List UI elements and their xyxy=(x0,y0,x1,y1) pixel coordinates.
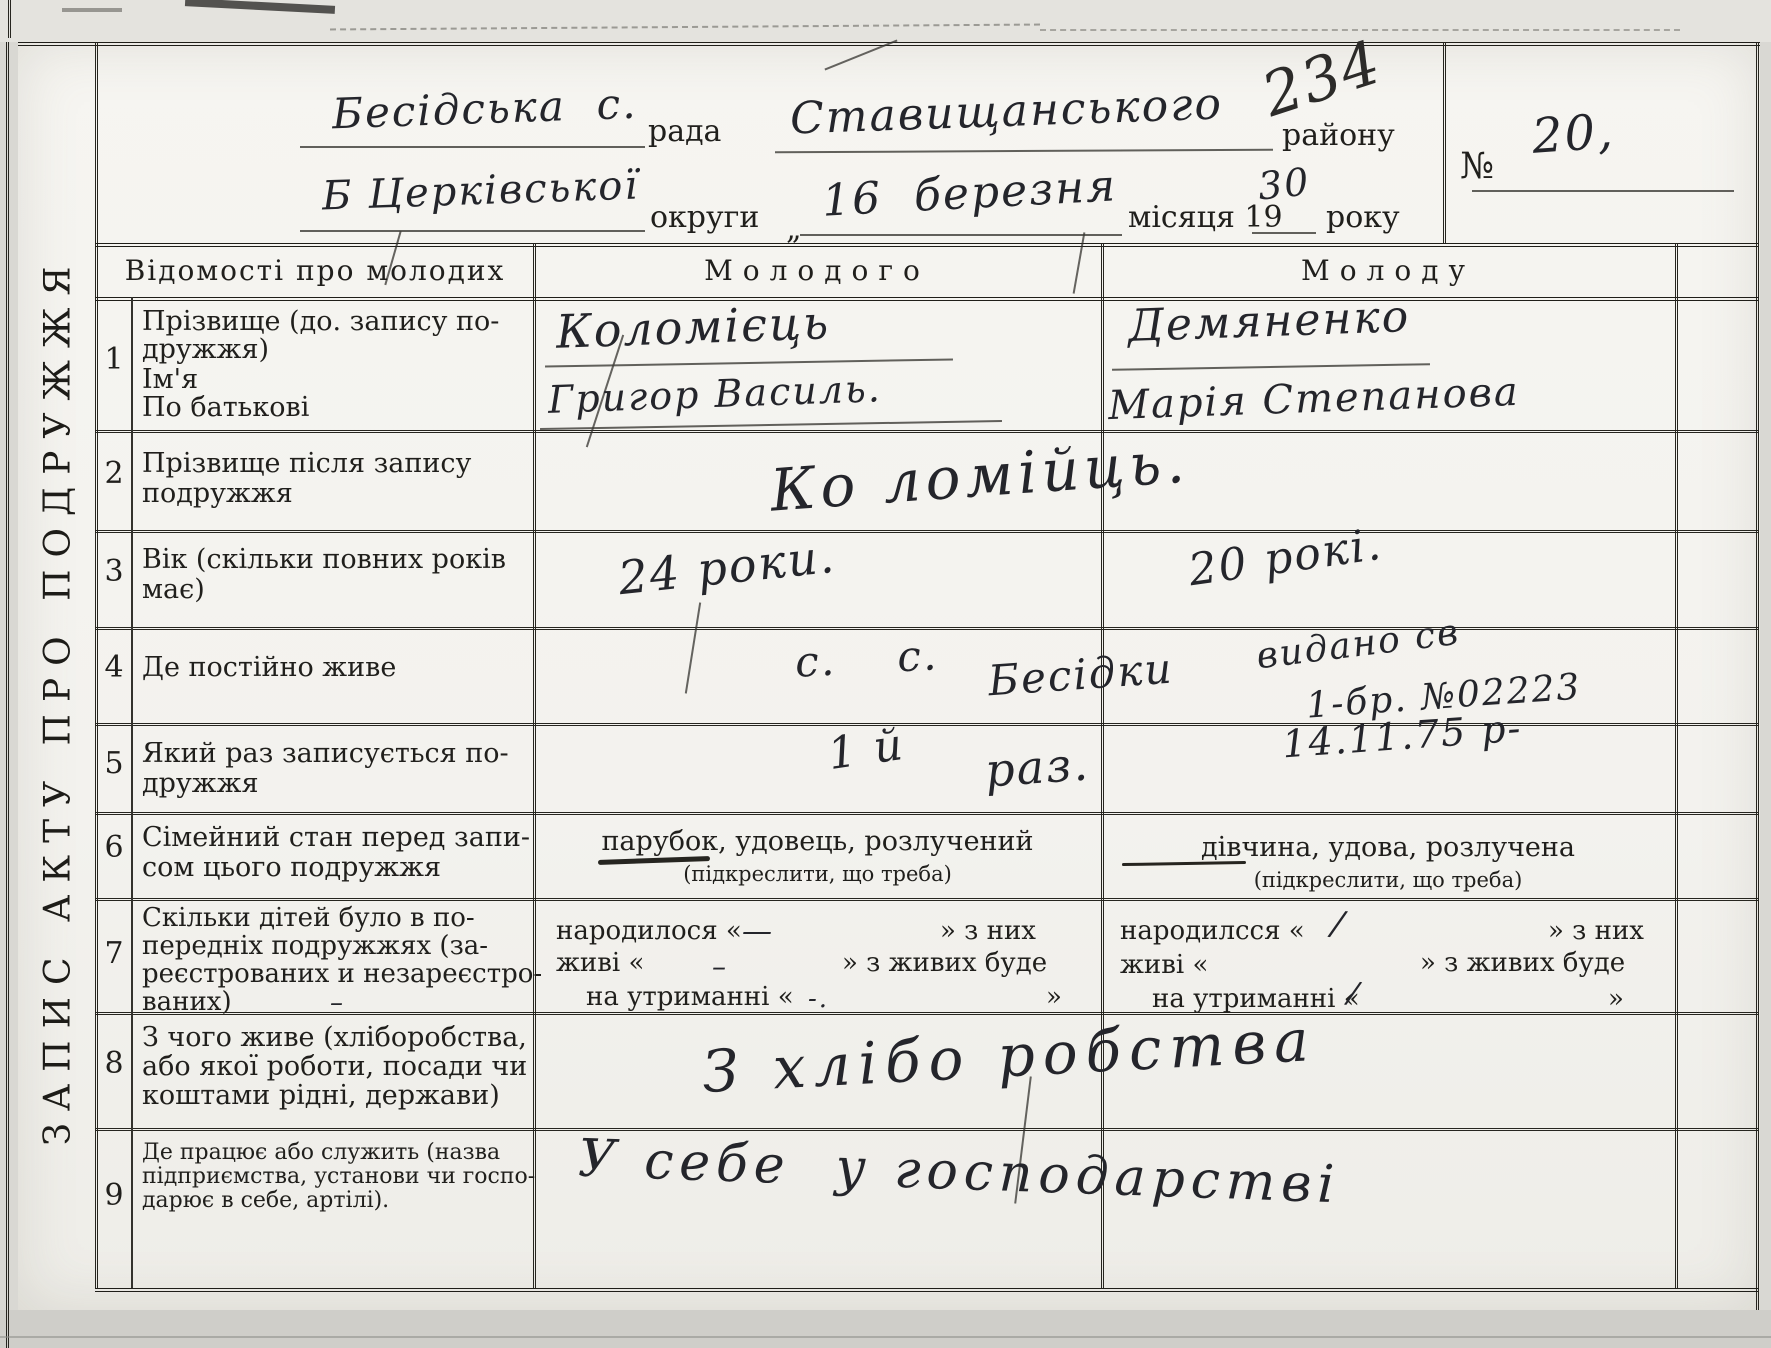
row8-label: коштами рідні, держави) xyxy=(142,1080,500,1111)
row-divider xyxy=(95,898,1758,901)
row1-label: По батькові xyxy=(142,392,309,423)
row3-label: має) xyxy=(142,574,205,605)
date-underline xyxy=(800,234,1122,236)
row-number: 6 xyxy=(99,830,129,865)
vertical-form-title: ЗАПИС АКТУ ПРО ПОДРУЖЖЯ xyxy=(38,254,79,1145)
row-number: 5 xyxy=(99,746,129,781)
bride-children-born-close: » з них xyxy=(1548,916,1644,946)
row-number: 4 xyxy=(99,650,129,685)
table-header-rule xyxy=(95,297,1758,301)
sidebar-divider xyxy=(95,42,98,1288)
document-left-border-stub xyxy=(8,0,11,38)
row5-label: дружжя xyxy=(142,768,259,799)
scan-artifact xyxy=(62,8,122,12)
number-column-divider xyxy=(131,297,133,1288)
bride-children-alive-label: живі « xyxy=(1120,950,1208,980)
row7-label: передніх подружжях (за- xyxy=(142,931,488,961)
row-number: 3 xyxy=(99,554,129,589)
roku-label: року xyxy=(1326,200,1400,235)
column-divider-groom-bride xyxy=(1101,243,1104,1288)
groom-children-alive-close: » з живих буде xyxy=(842,948,1047,978)
scan-bottom-margin xyxy=(0,1310,1771,1348)
row7-label: реєстрованих и незареєстро- xyxy=(142,959,542,989)
row-divider xyxy=(95,812,1758,815)
bride-surname-handwritten: Демяненко xyxy=(1127,291,1411,352)
document-right-border xyxy=(1756,42,1759,1310)
scan-bottom-line xyxy=(0,1336,1771,1338)
row2-label: подружжя xyxy=(142,478,293,509)
marriage-ordinal-handwritten: 1 й xyxy=(825,719,908,780)
okruha-label: округи xyxy=(650,200,759,235)
row9-label: підприємства, установи чи госпо- xyxy=(142,1164,535,1189)
row7-label: Скільки дітей було в по- xyxy=(142,903,475,933)
number-box-divider xyxy=(1443,42,1446,243)
row-divider xyxy=(95,530,1758,533)
row5-label: Який раз записується по- xyxy=(142,738,509,769)
groom-children-dependent-value: -. xyxy=(808,984,829,1014)
row3-label: Вік (скільки повних років xyxy=(142,544,506,575)
scanned-marriage-record: ЗАПИС АКТУ ПРО ПОДРУЖЖЯ Бесідська с. рад… xyxy=(0,0,1771,1348)
row7-label: ваних) xyxy=(142,987,232,1017)
row6-label: Сімейний стан перед запи- xyxy=(142,822,530,853)
year-handwritten: 30 xyxy=(1256,159,1313,208)
row-divider xyxy=(95,1128,1758,1131)
row4-label: Де постійно живе xyxy=(142,652,396,683)
groom-children-dependent-close: » xyxy=(1046,982,1062,1012)
row1-label: дружжя) xyxy=(142,334,269,365)
groom-children-born-label: народилося « xyxy=(556,916,742,946)
groom-marital-options: парубок, удовець, розлучений xyxy=(545,826,1090,857)
row-number: 7 xyxy=(99,936,129,971)
column-header-info: Відомості про молодих xyxy=(97,254,533,287)
row9-label: дарює в себе, артілі). xyxy=(142,1188,389,1213)
number-underline xyxy=(1472,190,1734,192)
row8-label: або якої роботи, посади чи xyxy=(142,1051,527,1082)
council-underline xyxy=(300,146,645,148)
document-left-border xyxy=(6,42,9,1348)
row-number: 8 xyxy=(99,1046,129,1081)
label-dash-handwritten: – xyxy=(330,988,345,1018)
column-divider-bride-notes xyxy=(1675,243,1678,1288)
open-quote: „ xyxy=(786,212,802,247)
rada-label: рада xyxy=(648,114,721,149)
column-header-groom: Молодого xyxy=(533,254,1101,287)
okruha-underline xyxy=(300,230,645,232)
row6-label: сом цього подружжя xyxy=(142,852,441,883)
underline-hint: (підкреслити, що треба) xyxy=(545,862,1090,886)
marriage-ordinal-raz-handwritten: раз. xyxy=(983,736,1091,797)
row1-label: Прізвище (до. запису по- xyxy=(142,306,499,337)
bride-children-alive-close: » з живих буде xyxy=(1420,948,1625,978)
row-divider xyxy=(95,430,1758,433)
row-number: 1 xyxy=(99,342,129,377)
table-top-rule xyxy=(95,243,1758,247)
groom-children-born-value: — xyxy=(742,914,774,949)
row9-label: Де працює або служить (назва xyxy=(142,1140,500,1165)
bride-children-dependent-close: » xyxy=(1608,984,1624,1014)
row2-label: Прізвище після запису xyxy=(142,448,471,479)
record-number-label: № xyxy=(1460,146,1494,187)
row-number: 9 xyxy=(99,1178,129,1213)
column-header-bride: Молоду xyxy=(1101,254,1675,287)
groom-children-alive-value: – xyxy=(712,950,728,983)
row-divider xyxy=(95,627,1758,630)
row-number: 2 xyxy=(99,456,129,491)
underline-hint: (підкреслити, що треба) xyxy=(1108,868,1668,892)
groom-children-alive-label: живі « xyxy=(556,948,644,978)
table-bottom-border xyxy=(95,1288,1758,1292)
residence-handwritten: с. с. xyxy=(794,630,940,686)
groom-surname-handwritten: Коломієць xyxy=(555,295,831,359)
bride-marital-options: дівчина, удова, розлучена xyxy=(1108,832,1668,863)
bride-children-born-label: народилсся « xyxy=(1120,916,1305,946)
groom-children-dependent-label: на утриманні « xyxy=(586,982,794,1012)
row8-label: З чого живе (хліборобства, xyxy=(142,1022,527,1053)
groom-children-born-close: » з них xyxy=(940,916,1036,946)
column-divider-info-groom xyxy=(533,243,536,1288)
record-number-handwritten: 20, xyxy=(1530,103,1616,165)
row1-label: Ім'я xyxy=(142,364,198,395)
